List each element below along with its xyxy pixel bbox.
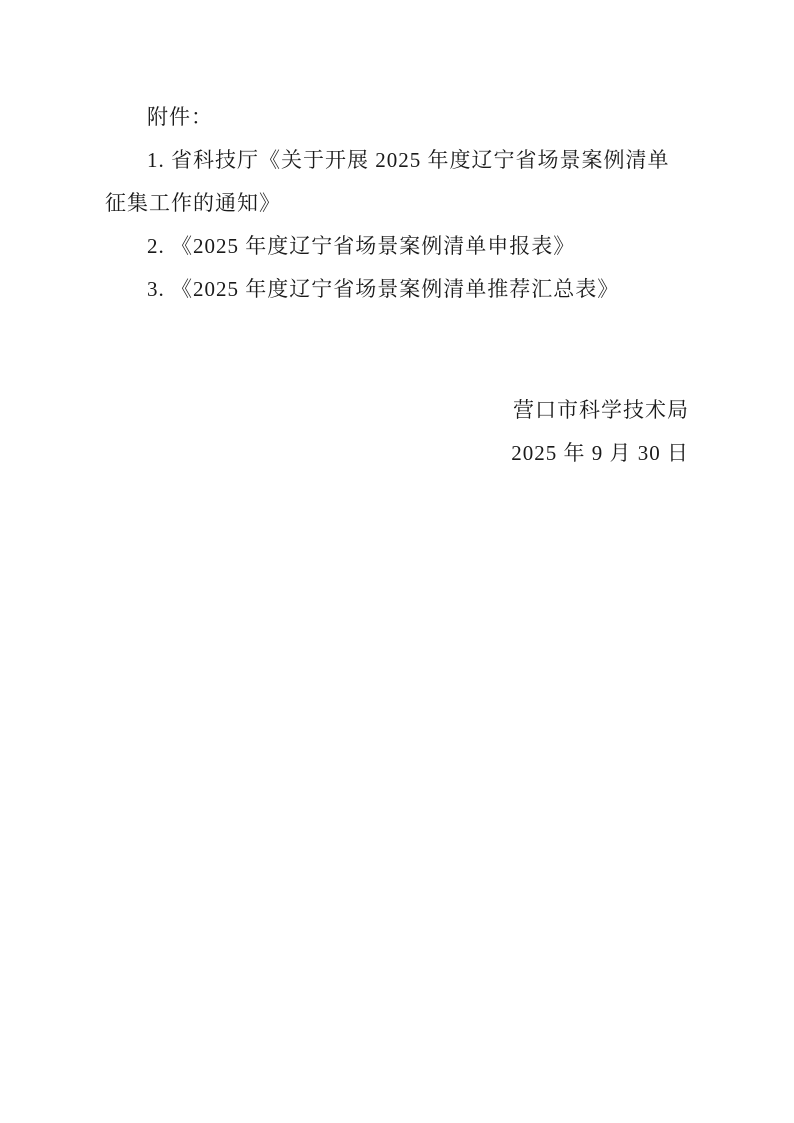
document-page: 附件： 1. 省科技厅《关于开展 2025 年度辽宁省场景案例清单 征集工作的通… [0, 0, 794, 1123]
document-content: 附件： 1. 省科技厅《关于开展 2025 年度辽宁省场景案例清单 征集工作的通… [105, 96, 689, 475]
attachments-label: 附件： [105, 96, 689, 139]
attachment-item-1-line-1: 1. 省科技厅《关于开展 2025 年度辽宁省场景案例清单 [105, 139, 689, 182]
attachment-item-1-line-2: 征集工作的通知》 [105, 182, 689, 225]
signature-block: 营口市科学技术局 2025 年 9 月 30 日 [105, 389, 689, 475]
signature-date: 2025 年 9 月 30 日 [105, 432, 689, 475]
attachment-item-3: 3. 《2025 年度辽宁省场景案例清单推荐汇总表》 [105, 268, 689, 311]
attachment-item-2: 2. 《2025 年度辽宁省场景案例清单申报表》 [105, 225, 689, 268]
signature-issuer: 营口市科学技术局 [105, 389, 689, 432]
attachment-item-1: 1. 省科技厅《关于开展 2025 年度辽宁省场景案例清单 征集工作的通知》 [105, 139, 689, 225]
